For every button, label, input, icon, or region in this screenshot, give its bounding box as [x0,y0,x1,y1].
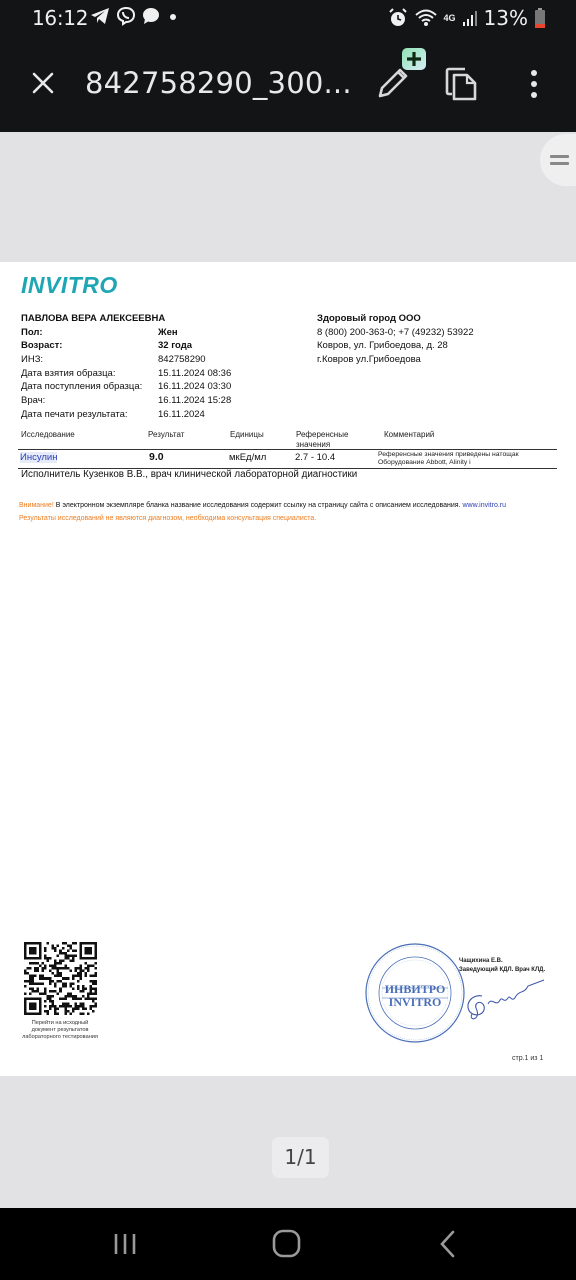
field-label: Возраст: [21,339,62,353]
test-link[interactable]: Инсулин [20,452,57,463]
field-value: 842758290 [158,353,206,367]
lab-name: Здоровый город ООО [317,312,474,326]
qr-caption-line: Перейти на исходный [10,1020,110,1027]
file-title: 842758290_300... [85,66,352,100]
patient-info: ПАВЛОВА ВЕРА АЛЕКСЕЕВНА Пол:Жен Возраст:… [21,312,165,422]
close-icon[interactable] [28,68,58,98]
signer-name: Чащихина Е.В. [459,957,545,966]
signal-icon [462,9,478,27]
field-label: Дата поступления образца: [21,380,142,394]
header-reference-line2: значения [296,440,348,450]
alarm-icon [388,8,408,28]
header-result: Результат [148,430,184,440]
clock: 16:12 [32,6,88,30]
field-value: 32 года [158,339,192,353]
attention-label: Внимание! [19,502,54,509]
disclaimer: Результаты исследований не являются диаг… [19,513,506,526]
patient-field: Пол:Жен [21,326,165,340]
document-page: INVITRO ПАВЛОВА ВЕРА АЛЕКСЕЕВНА Пол:Жен … [0,262,576,1076]
field-label: Пол: [21,326,43,340]
signer: Чащихина Е.В. Заведующий КДЛ. Врач КЛД. [459,957,545,975]
battery-icon [534,7,546,29]
header-units: Единицы [230,430,264,440]
more-vertical-icon[interactable] [522,68,546,100]
header-comment: Комментарий [384,430,434,440]
signature [462,974,548,1026]
comment-line1: Референсные значения приведены натощак [378,451,519,459]
lab-phone: 8 (800) 200-363-0; +7 (49232) 53922 [317,326,474,340]
copy-icon[interactable] [443,66,479,102]
header-test: Исследование [21,430,75,440]
viber-icon [116,6,136,26]
battery-percent: 13% [484,6,528,30]
notice: Внимание! В электронном экземпляре бланк… [19,500,506,525]
chat-bubble-icon [142,7,160,25]
result-value: 9.0 [149,451,164,463]
stamp-text-en: INVITRO [389,995,442,1009]
patient-field: Врач:16.11.2024 15:28 [21,394,165,408]
recents-icon[interactable] [110,1226,140,1262]
qr-caption: Перейти на исходный документ результатов… [10,1020,110,1042]
navigation-bar [0,1208,576,1280]
qr-code[interactable] [24,942,97,1015]
lab-stamp: ИНВИТРО INVITRO [364,942,466,1044]
stamp-text-ru: ИНВИТРО [385,982,446,996]
header-reference: Референсные значения [296,430,348,449]
field-label: ИНЗ: [21,353,43,367]
lab-address: Ковров, ул. Грибоедова, д. 28 [317,339,474,353]
patient-field: Возраст:32 года [21,339,165,353]
invitro-logo: INVITRO [21,272,118,299]
patient-field: Дата печати результата:16.11.2024 [21,408,165,422]
units-value: мкЕд/мл [229,452,266,463]
field-value: Жен [158,326,178,340]
page-indicator: 1/1 [272,1137,329,1178]
page-number: стр.1 из 1 [512,1055,543,1062]
notice-text: В электронном экземпляре бланка название… [54,502,463,509]
dot-icon [166,9,180,23]
reference-value: 2.7 - 10.4 [295,452,335,463]
field-label: Дата печати результата: [21,408,128,422]
field-label: Дата взятия образца: [21,367,115,381]
field-value: 16.11.2024 15:28 [158,394,231,408]
performer: Исполнитель Кузенков В.В., врач клиничес… [21,469,357,480]
field-value: 16.11.2024 03:30 [158,380,231,394]
patient-field: Дата поступления образца:16.11.2024 03:3… [21,380,165,394]
patient-field: Дата взятия образца:15.11.2024 08:36 [21,367,165,381]
field-value: 15.11.2024 08:36 [158,367,231,381]
edit-pen-plus-icon[interactable] [372,46,432,106]
comment-line2: Оборудование Abbott, Alinity i [378,459,519,467]
table-divider [18,449,557,450]
comment-value: Референсные значения приведены натощак О… [378,451,519,466]
patient-field: ИНЗ:842758290 [21,353,165,367]
home-icon[interactable] [270,1226,304,1262]
field-label: Врач: [21,394,45,408]
patient-name: ПАВЛОВА ВЕРА АЛЕКСЕЕВНА [21,312,165,326]
4g-icon: 4G [444,14,456,23]
lab-info: Здоровый город ООО 8 (800) 200-363-0; +7… [317,312,474,367]
app-toolbar: 842758290_300... [0,36,576,132]
wifi-icon [414,8,438,28]
telegram-icon [90,7,110,25]
qr-caption-line: лабораторного тестирования [10,1034,110,1041]
header-reference-line1: Референсные [296,430,348,440]
qr-caption-line: документ результатов [10,1027,110,1034]
back-icon[interactable] [434,1226,460,1262]
field-value: 16.11.2024 [158,408,205,422]
lab-branch: г.Ковров ул.Грибоедова [317,353,474,367]
invitro-link[interactable]: www.invitro.ru [462,502,506,509]
status-bar: 16:12 4G 13% [0,0,576,36]
